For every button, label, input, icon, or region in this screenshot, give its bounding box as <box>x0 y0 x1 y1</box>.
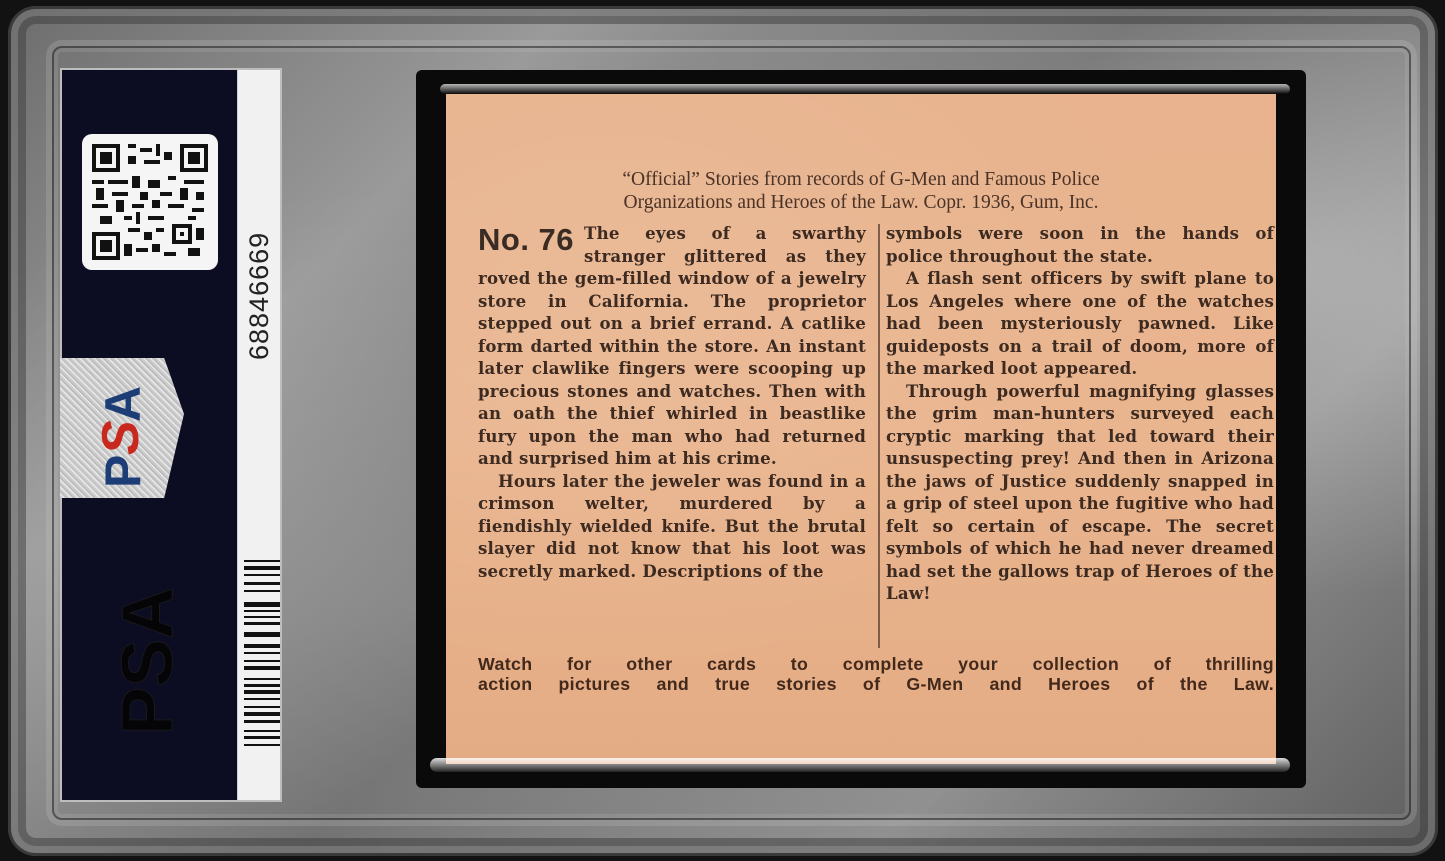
barcode <box>238 540 280 800</box>
card-footer: Watch for other cards to complete your c… <box>478 654 1274 694</box>
header-line-1: “Official” Stories from records of G-Men… <box>476 168 1246 191</box>
svg-text:A: A <box>95 386 148 422</box>
header-line-2: Organizations and Heroes of the Law. Cop… <box>476 191 1246 214</box>
svg-text:PSA: PSA <box>108 587 182 735</box>
story-left-column: No. 76 The eyes of a swarthy stranger gl… <box>478 222 866 582</box>
story-paragraph: Hours later the jeweler was found in a c… <box>478 470 866 583</box>
sleeve-highlight-bottom <box>430 758 1290 772</box>
sleeve-highlight-top <box>440 84 1290 94</box>
card-header: “Official” Stories from records of G-Men… <box>476 168 1246 214</box>
story-paragraph: A flash sent officers by swift plane to … <box>886 267 1274 380</box>
footer-line-1: Watch for other cards to complete your c… <box>478 654 1274 674</box>
story-paragraph: symbols were soon in the hands of police… <box>886 222 1274 267</box>
qr-code <box>82 134 218 270</box>
svg-text:S: S <box>92 420 148 455</box>
qr-code-icon <box>92 144 208 260</box>
psa-label: P S A PSA 68846669 <box>60 68 282 802</box>
trading-card-back: “Official” Stories from records of G-Men… <box>446 94 1276 764</box>
story-paragraph: Through powerful magnifying glasses the … <box>886 380 1274 605</box>
cert-number: 68846669 <box>240 140 278 360</box>
psa-hologram-watermark: PSA <box>102 540 182 745</box>
story-right-column: symbols were soon in the hands of police… <box>886 222 1274 605</box>
psa-logo-icon: P S A <box>88 368 148 490</box>
barcode-icon <box>244 560 280 750</box>
column-divider <box>878 224 880 648</box>
card-number: No. 76 <box>478 220 574 260</box>
cert-stripe: 68846669 <box>237 70 280 800</box>
psa-logo: P S A <box>60 358 184 498</box>
svg-text:P: P <box>95 455 148 488</box>
footer-line-2: action pictures and true stories of G-Me… <box>478 674 1274 694</box>
